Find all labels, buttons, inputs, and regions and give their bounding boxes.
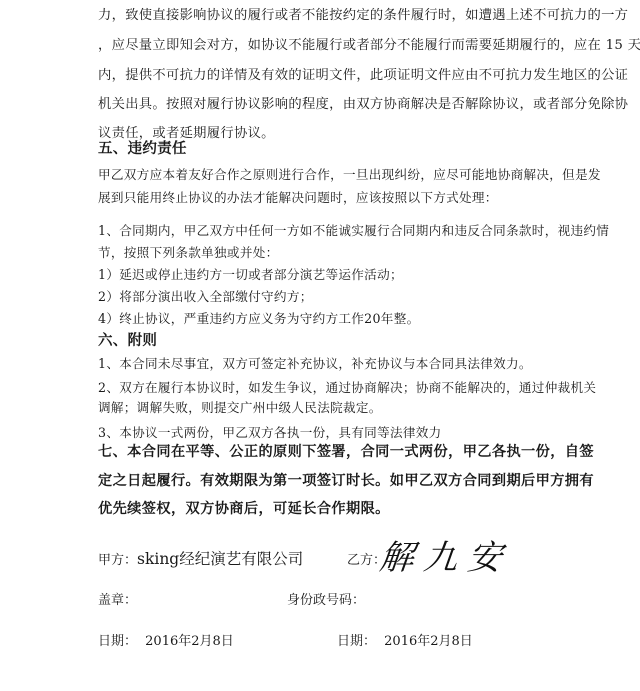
text-line: 甲乙双方应本着友好合作之原则进行合作，一旦出现纠纷，应尽可能地协商解决，但是发 bbox=[98, 164, 601, 183]
text-line: 1、合同期内，甲乙双方中任何一方如不能诚实履行合同期内和违反合同条款时，视违约情 bbox=[98, 220, 609, 239]
party-a-name: sking经纪演艺有限公司 bbox=[137, 550, 303, 568]
list-item: 2、双方在履行本协议时，如发生争议，通过协商解决；协商不能解决的，通过仲裁机关 bbox=[98, 377, 596, 396]
date-a: 日期： 2016年2月8日 bbox=[98, 630, 234, 649]
list-item: 2）将部分演出收入全部缴付守约方； bbox=[98, 286, 313, 305]
text-line: 内，提供不可抗力的详情及有效的证明文件，此项证明文件应由不可抗力发生地区的公证 bbox=[98, 64, 628, 83]
date-b-label: 日期： bbox=[337, 634, 376, 649]
text-line: ，应尽量立即知会对方，如协议不能履行或者部分不能履行而需要延期履行的，应在 15… bbox=[98, 34, 640, 53]
party-a: 甲方：sking经纪演艺有限公司 bbox=[98, 547, 303, 569]
date-a-label: 日期： bbox=[98, 634, 137, 649]
text-line: 力，致使直接影响协议的履行或者不能按约定的条件履行时，如遭遇上述不可抗力的一方 bbox=[98, 4, 628, 23]
party-b-signature: 解九安 bbox=[377, 530, 514, 579]
text-line: 定之日起履行。有效期限为第一项签订时长。如甲乙双方合同到期后甲方拥有 bbox=[98, 470, 594, 490]
text-line: 机关出具。按照对履行协议影响的程度，由双方协商解决是否解除协议，或者部分免除协 bbox=[98, 93, 628, 112]
section-heading: 五、违约责任 bbox=[98, 137, 187, 158]
list-item: 4）终止协议，严重违约方应义务为守约方工作20年整。 bbox=[98, 308, 420, 327]
date-b-value: 2016年2月8日 bbox=[384, 634, 473, 649]
seal-label: 盖章： bbox=[98, 589, 137, 608]
text-line: 节，按照下列条款单独或并处： bbox=[98, 242, 279, 261]
text-line: 优先续签权，双方协商后，可延长合作期限。 bbox=[98, 498, 390, 518]
text-line: 展到只能用终止协议的办法才能解决问题时，应该按照以下方式处理： bbox=[98, 187, 498, 206]
list-item: 1、本合同未尽事宜，双方可签定补充协议，补充协议与本合同具法律效力。 bbox=[98, 353, 532, 372]
section-heading: 六、附则 bbox=[98, 329, 157, 350]
date-b: 日期： 2016年2月8日 bbox=[337, 630, 473, 649]
date-a-value: 2016年2月8日 bbox=[145, 634, 234, 649]
list-item: 3、本协议一式两份，甲乙双方各执一份，具有同等法律效力 bbox=[98, 422, 442, 441]
list-item: 1）延迟或停止违约方一切或者部分演艺等运作活动； bbox=[98, 264, 403, 283]
id-number-label: 身份政号码： bbox=[287, 589, 365, 608]
text-line: 七、本合同在平等、公正的原则下签署，合同一式两份，甲乙各执一份，自签 bbox=[98, 441, 594, 461]
list-item: 调解；调解失败，则提交广州中级人民法院裁定。 bbox=[98, 397, 382, 416]
party-a-label: 甲方： bbox=[98, 553, 137, 568]
